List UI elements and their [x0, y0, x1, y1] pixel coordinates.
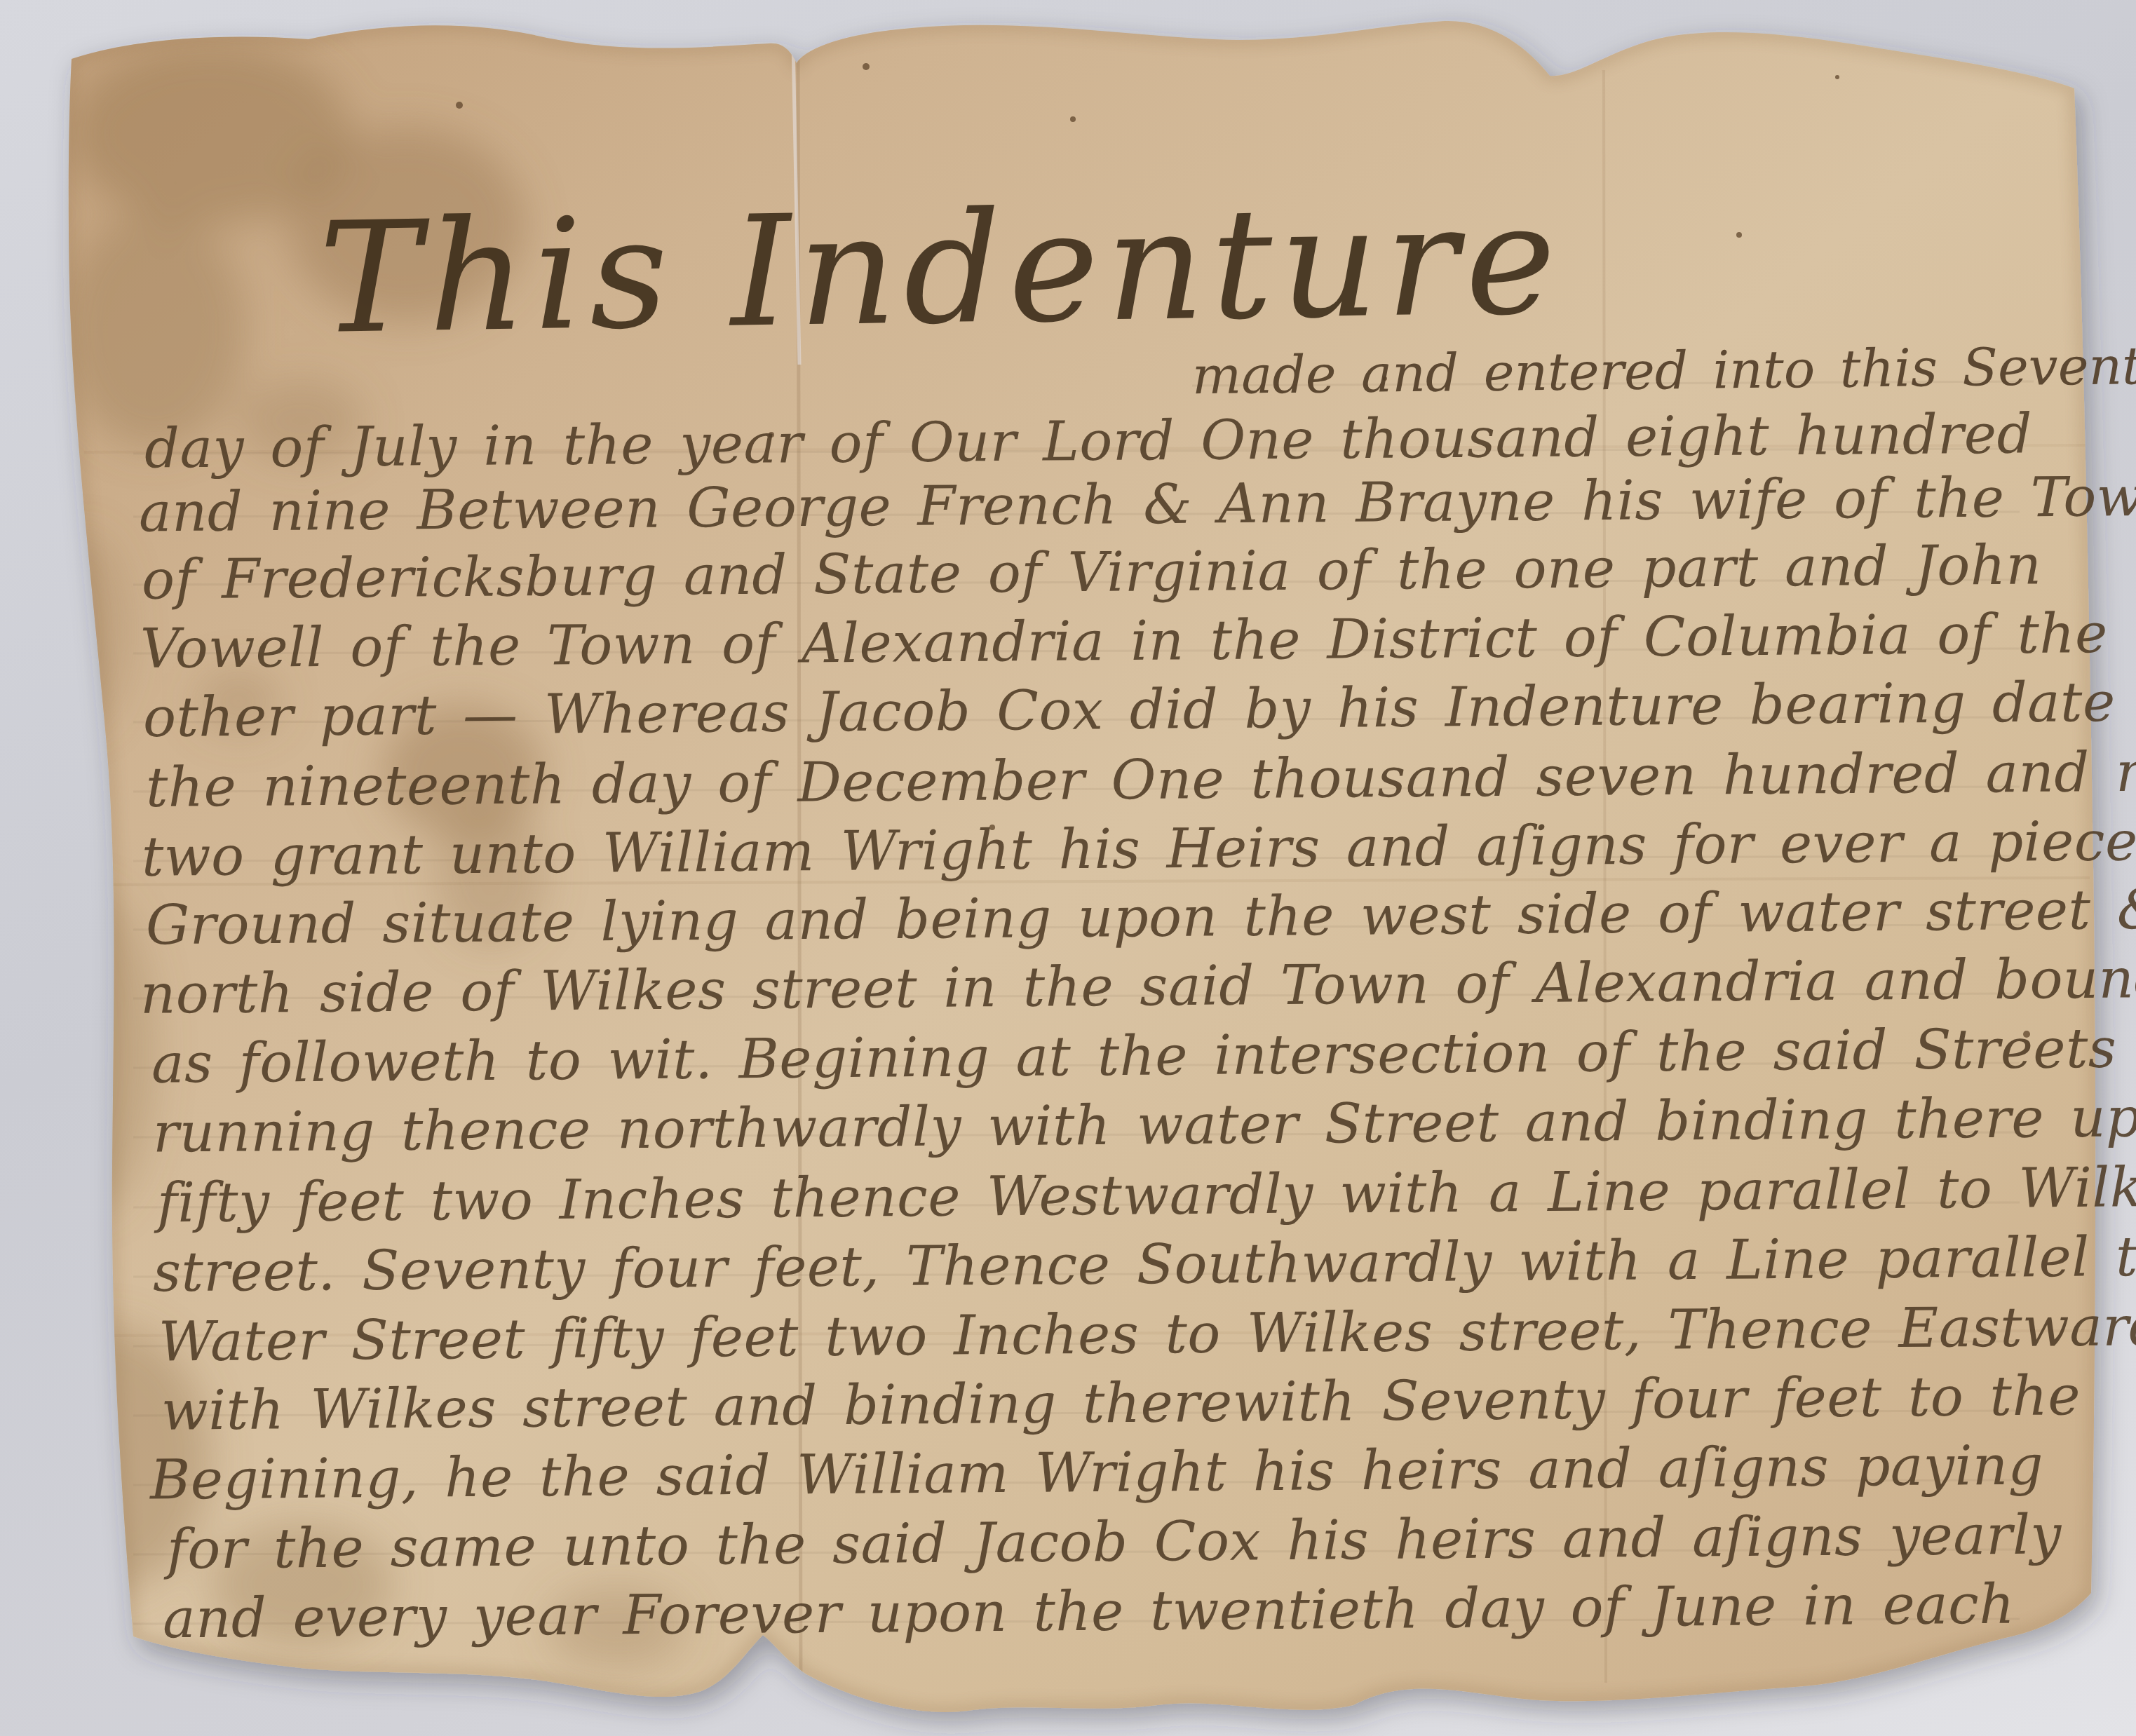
manuscript-line: Begining, he the said William Wright his… [150, 1434, 2044, 1512]
manuscript-line: for the same unto the said Jacob Cox his… [167, 1503, 2062, 1581]
manuscript-line: as followeth to wit. Begining at the int… [151, 1016, 2136, 1095]
heading-continuation-line: made and entered into this Seventh [1192, 336, 2136, 407]
document-heading: This Indenture [318, 171, 1564, 368]
manuscript-line: with Wilkes street and binding therewith… [161, 1364, 2081, 1442]
manuscript-line: other part — Whereas Jacob Cox did by hi… [143, 671, 2116, 750]
manuscript-line: street. Seventy four feet, Thence Southw… [153, 1226, 2136, 1305]
manuscript-line: two grant unto William Wright his Heirs … [142, 809, 2136, 888]
manuscript-line: and every year Forever upon the twentiet… [163, 1573, 2015, 1651]
manuscript-line: north side of Wilkes street in the said … [140, 947, 2136, 1026]
manuscript-line: running thence northwardly with water St… [153, 1085, 2136, 1165]
manuscript-line: fifty feet two Inches thence Westwardly … [157, 1156, 2136, 1235]
manuscript-line: the nineteenth day of December One thous… [146, 740, 2136, 820]
photograph: This Indenture made and entered into thi… [0, 0, 2136, 1736]
manuscript-line: Ground situate lying and being upon the … [146, 879, 2136, 958]
manuscript-line: of Fredericksburg and State of Virginia … [142, 534, 2042, 611]
manuscript-line: Vowell of the Town of Alexandria in the … [140, 602, 2108, 681]
manuscript-line: Water Street fifty feet two Inches to Wi… [158, 1294, 2136, 1374]
document-text: This Indenture made and entered into thi… [0, 0, 2136, 1736]
